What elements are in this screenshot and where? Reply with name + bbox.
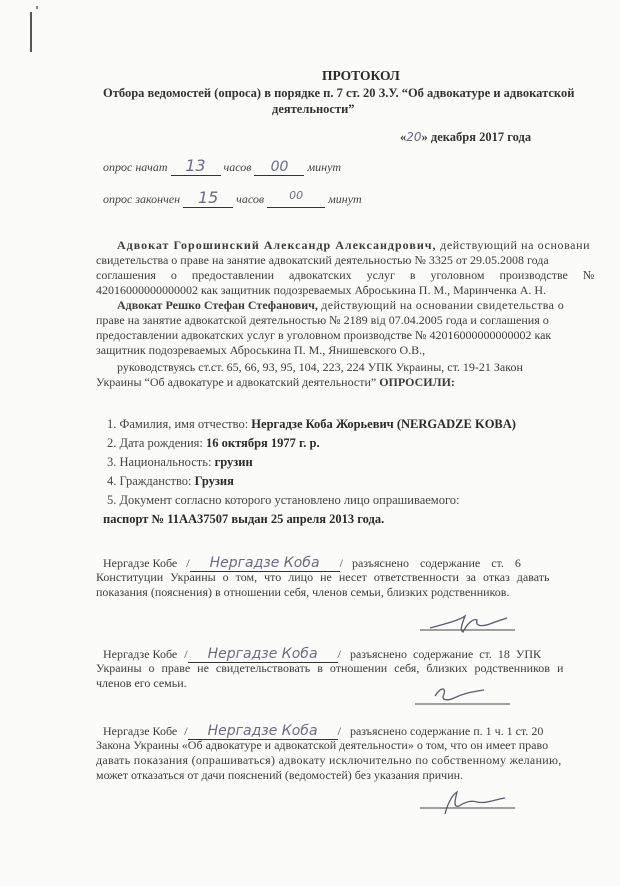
margin-pen-mark (30, 12, 32, 52)
lawyer1-line3: соглашения о предоставлении адвокатских … (96, 268, 594, 283)
clause3-line3: давать показания (опрашиваться) адвокату… (96, 753, 562, 768)
clause2-line3: членов его семьи. (96, 676, 187, 691)
date-day-handwritten: 20 (406, 130, 421, 144)
clause3-line1-rest: разъяснено содержание п. 1 ч. 1 ст. 20 (350, 724, 543, 738)
item-birth-date-label: 2. Дата рождения: (107, 436, 206, 450)
interview-end-label: опрос закончен (103, 192, 180, 206)
lawyer2-line4: защитник подозреваемых Аброськина П. М.,… (96, 343, 425, 358)
lawyer2-line3: предоставлении адвокатских услуг в уголо… (96, 328, 551, 343)
item-birth-date-value: 16 октября 1977 г. р. (206, 436, 320, 450)
lawyer1-line1-rest: действующий на основани (437, 238, 591, 252)
clause3-lawyer-signature (415, 788, 525, 822)
guided-by-line1: руководствуясь ст.ст. 65, 66, 93, 95, 10… (117, 360, 523, 375)
guided-by-line2: Украины “Об адвокатуре и адвокатский дея… (96, 375, 455, 390)
lawyer2-line1-rest: действующий на основании свидетельства о (318, 298, 564, 312)
clause1-line1-rest: разъяснено содержание ст. 6 (352, 556, 521, 570)
interview-start-hours-label: часов (224, 160, 252, 174)
interviewed-heading: ОПРОСИЛИ: (379, 375, 455, 389)
item-citizenship-label: 4. Гражданство: (107, 474, 195, 488)
interview-end-hours: 15 (198, 188, 218, 207)
clause2-handwritten-signature: Нергадзе Коба (208, 646, 318, 662)
interview-start-hours: 13 (185, 156, 205, 175)
item-citizenship-value: Грузия (195, 474, 234, 488)
date-month-year: декабря 2017 года (428, 130, 531, 144)
interview-end-minutes: 00 (289, 189, 303, 202)
document-date: «20» декабря 2017 года (400, 130, 531, 145)
item-id-document-label: 5. Документ согласно которого установлен… (107, 493, 460, 507)
passport-value: паспорт № 11АА37507 выдан 25 апреля 2013… (103, 512, 384, 526)
item-full-name-value: Нергадзе Коба Жорьевич (NERGADZE KOBA) (251, 417, 516, 431)
interview-end-hours-label: часов (236, 192, 264, 206)
item-full-name: 1. Фамилия, имя отчество: Нергадзе Коба … (107, 417, 516, 432)
interview-start-row: опрос начат 13 часов 00 минут (103, 156, 341, 176)
margin-dot (36, 6, 38, 9)
clause3-name: Нергадзе Кобе (103, 724, 177, 738)
item-birth-date: 2. Дата рождения: 16 октября 1977 г. р. (107, 436, 320, 451)
item-id-document: 5. Документ согласно которого установлен… (107, 493, 460, 508)
lawyer1-name: Адвокат Горошинский Александр Александро… (117, 238, 437, 252)
clause3-line4: может отказаться от дачи пояснений (ведо… (96, 768, 463, 783)
clause1-name: Нергадзе Кобе (103, 556, 177, 570)
clause2-name: Нергадзе Кобе (103, 647, 177, 661)
clause1-handwritten-signature: Нергадзе Коба (210, 555, 320, 571)
clause3-line2: Закона Украины «Об адвокатуре и адвокатс… (96, 738, 548, 753)
document-title: ПРОТОКОЛ (322, 68, 400, 84)
lawyer1-line1: Адвокат Горошинский Александр Александро… (117, 238, 590, 253)
item-citizenship: 4. Гражданство: Грузия (107, 474, 234, 489)
clause1-line3: показания (пояснения) в отношении себя, … (96, 585, 509, 600)
guided-by-law: Украины “Об адвокатуре и адвокатский дея… (96, 375, 379, 389)
item-nationality: 3. Национальность: грузин (107, 455, 253, 470)
clause2-lawyer-signature (410, 682, 520, 710)
clause2-line2: Украины о праве не свидетельствовать в о… (96, 661, 563, 676)
lawyer2-line2: праве на занятие адвокатской деятельност… (96, 313, 549, 328)
clause3-handwritten-signature: Нергадзе Коба (208, 723, 318, 739)
interview-end-row: опрос закончен 15 часов 00 минут (103, 188, 362, 208)
lawyer1-line2: свидетельства о праве на занятие адвокат… (96, 253, 549, 268)
interview-end-minutes-label: минут (328, 192, 362, 206)
interview-start-minutes: 00 (271, 159, 289, 175)
passport-line: паспорт № 11АА37507 выдан 25 апреля 2013… (103, 512, 384, 527)
lawyer2-line1: Адвокат Решко Стефан Стефанович, действу… (117, 298, 564, 313)
scanned-document-page: ПРОТОКОЛ Отбора ведомостей (опроса) в по… (0, 0, 620, 886)
interview-start-label: опрос начат (103, 160, 168, 174)
document-subtitle-line2: деятельности” (272, 102, 355, 117)
lawyer2-name: Адвокат Решко Стефан Стефанович, (117, 298, 318, 312)
item-nationality-label: 3. Национальность: (107, 455, 215, 469)
item-nationality-value: грузин (215, 455, 253, 469)
interview-start-minutes-label: минут (307, 160, 341, 174)
lawyer1-line4: 42016000000000002 как защитник подозрева… (96, 283, 546, 298)
clause2-line1-rest: разъяснено содержание ст. 18 УПК (350, 647, 541, 661)
clause1-line2: Конституции Украины о том, что лицо не н… (96, 570, 549, 585)
item-full-name-label: 1. Фамилия, имя отчество: (107, 417, 251, 431)
document-subtitle-line1: Отбора ведомостей (опроса) в порядке п. … (103, 86, 574, 101)
clause1-lawyer-signature (415, 610, 525, 638)
